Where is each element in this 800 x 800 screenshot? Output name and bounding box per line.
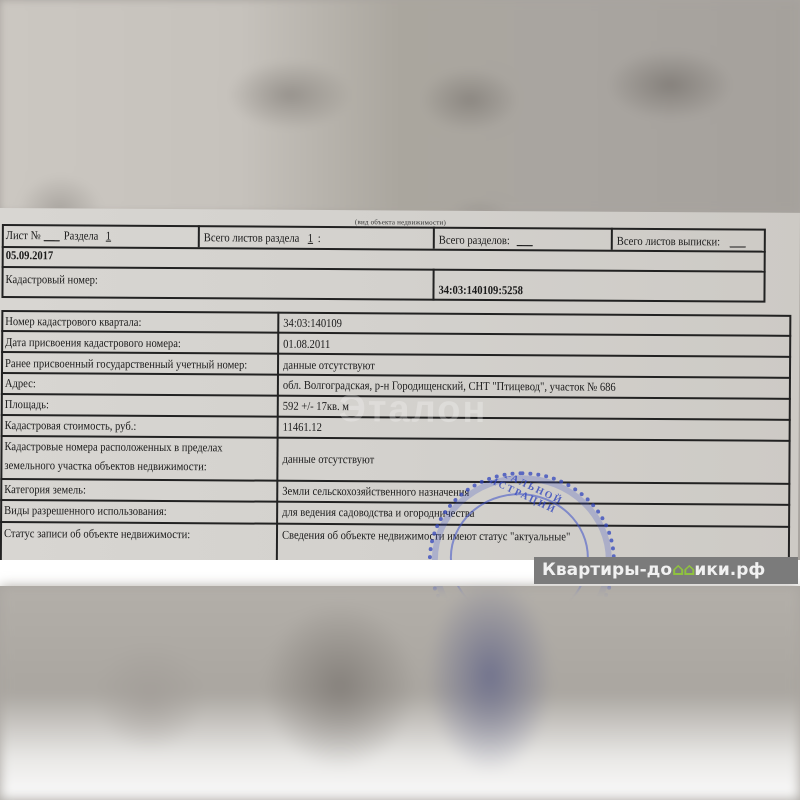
cadastral-extract-document: (вид объекта недвижимости) Лист № ___ Ра… — [0, 208, 800, 565]
total-sections-label: Всего разделов: — [439, 233, 510, 248]
brand-text-end: ики.рф — [694, 560, 765, 580]
total-sheets-section-value: 1 — [308, 231, 313, 246]
row-label-objects-line2: земельного участка объектов недвижимости… — [4, 458, 206, 474]
row-label-assign-date: Дата присвоения кадастрового номера: — [5, 335, 181, 351]
site-watermark-badge: Квартиры-до⌂⌂ики.рф — [534, 557, 798, 584]
row-value-quarter: 34:03:140109 — [283, 316, 342, 331]
row-label-quarter: Номер кадастрового квартала: — [5, 314, 141, 330]
sheet-number: ___ — [44, 228, 60, 243]
total-sheets-section-label: Всего листов раздела — [204, 230, 300, 246]
row-value-area: 592 +/- 17кв. м — [283, 399, 349, 414]
row-value-assign-date: 01.08.2011 — [283, 337, 330, 352]
row-label-objects-line1: Кадастровые номера расположенных в преде… — [4, 439, 222, 455]
row-label-area: Площадь: — [5, 397, 49, 412]
row-label-prev-number: Ранее присвоенный государственный учетны… — [5, 356, 247, 372]
brand-text-start: Квартиры-до — [542, 560, 672, 580]
divider — [611, 228, 613, 250]
total-sheets-section-suffix: : — [318, 231, 321, 246]
house-icon: ⌂⌂ — [672, 560, 694, 580]
extract-date: 05.09.2017 — [6, 248, 54, 263]
divider — [432, 269, 434, 301]
section-number: 1 — [106, 229, 111, 244]
blurred-background-bottom — [0, 586, 800, 800]
row-value-objects: данные отсутствуют — [282, 452, 374, 468]
row-label-record-status: Статус записи об объекте недвижимости: — [4, 526, 190, 542]
total-extract-sheets-value: ___ — [730, 234, 746, 249]
cadastral-number-value: 34:03:140109:5258 — [438, 283, 523, 299]
row-value-prev-number: данные отсутствуют — [283, 358, 375, 374]
blurred-background-top — [0, 0, 800, 212]
row-label-address: Адрес: — [5, 376, 36, 391]
row-value-address: обл. Волгоградская, р-н Городищенский, С… — [283, 378, 616, 395]
cadastral-number-label: Кадастровый номер: — [6, 272, 98, 288]
divider — [198, 225, 200, 247]
total-extract-sheets-label: Всего листов выписки: — [617, 234, 720, 250]
total-sections-value: ___ — [517, 233, 533, 248]
divider — [433, 227, 435, 249]
section-label: Раздела — [64, 228, 99, 243]
sheet-label: Лист № — [6, 228, 41, 243]
row-label-permitted-use: Виды разрешенного использования: — [4, 503, 167, 519]
background-watermark: Эталон — [339, 388, 488, 432]
row-label-land-category: Категория земель: — [4, 482, 86, 497]
row-value-cadastral-value: 11461.12 — [283, 420, 322, 435]
row-value-land-category: Земли сельскохозяйственного назначения — [282, 484, 469, 500]
row-label-cadastral-value: Кадастровая стоимость, руб.: — [5, 418, 137, 434]
